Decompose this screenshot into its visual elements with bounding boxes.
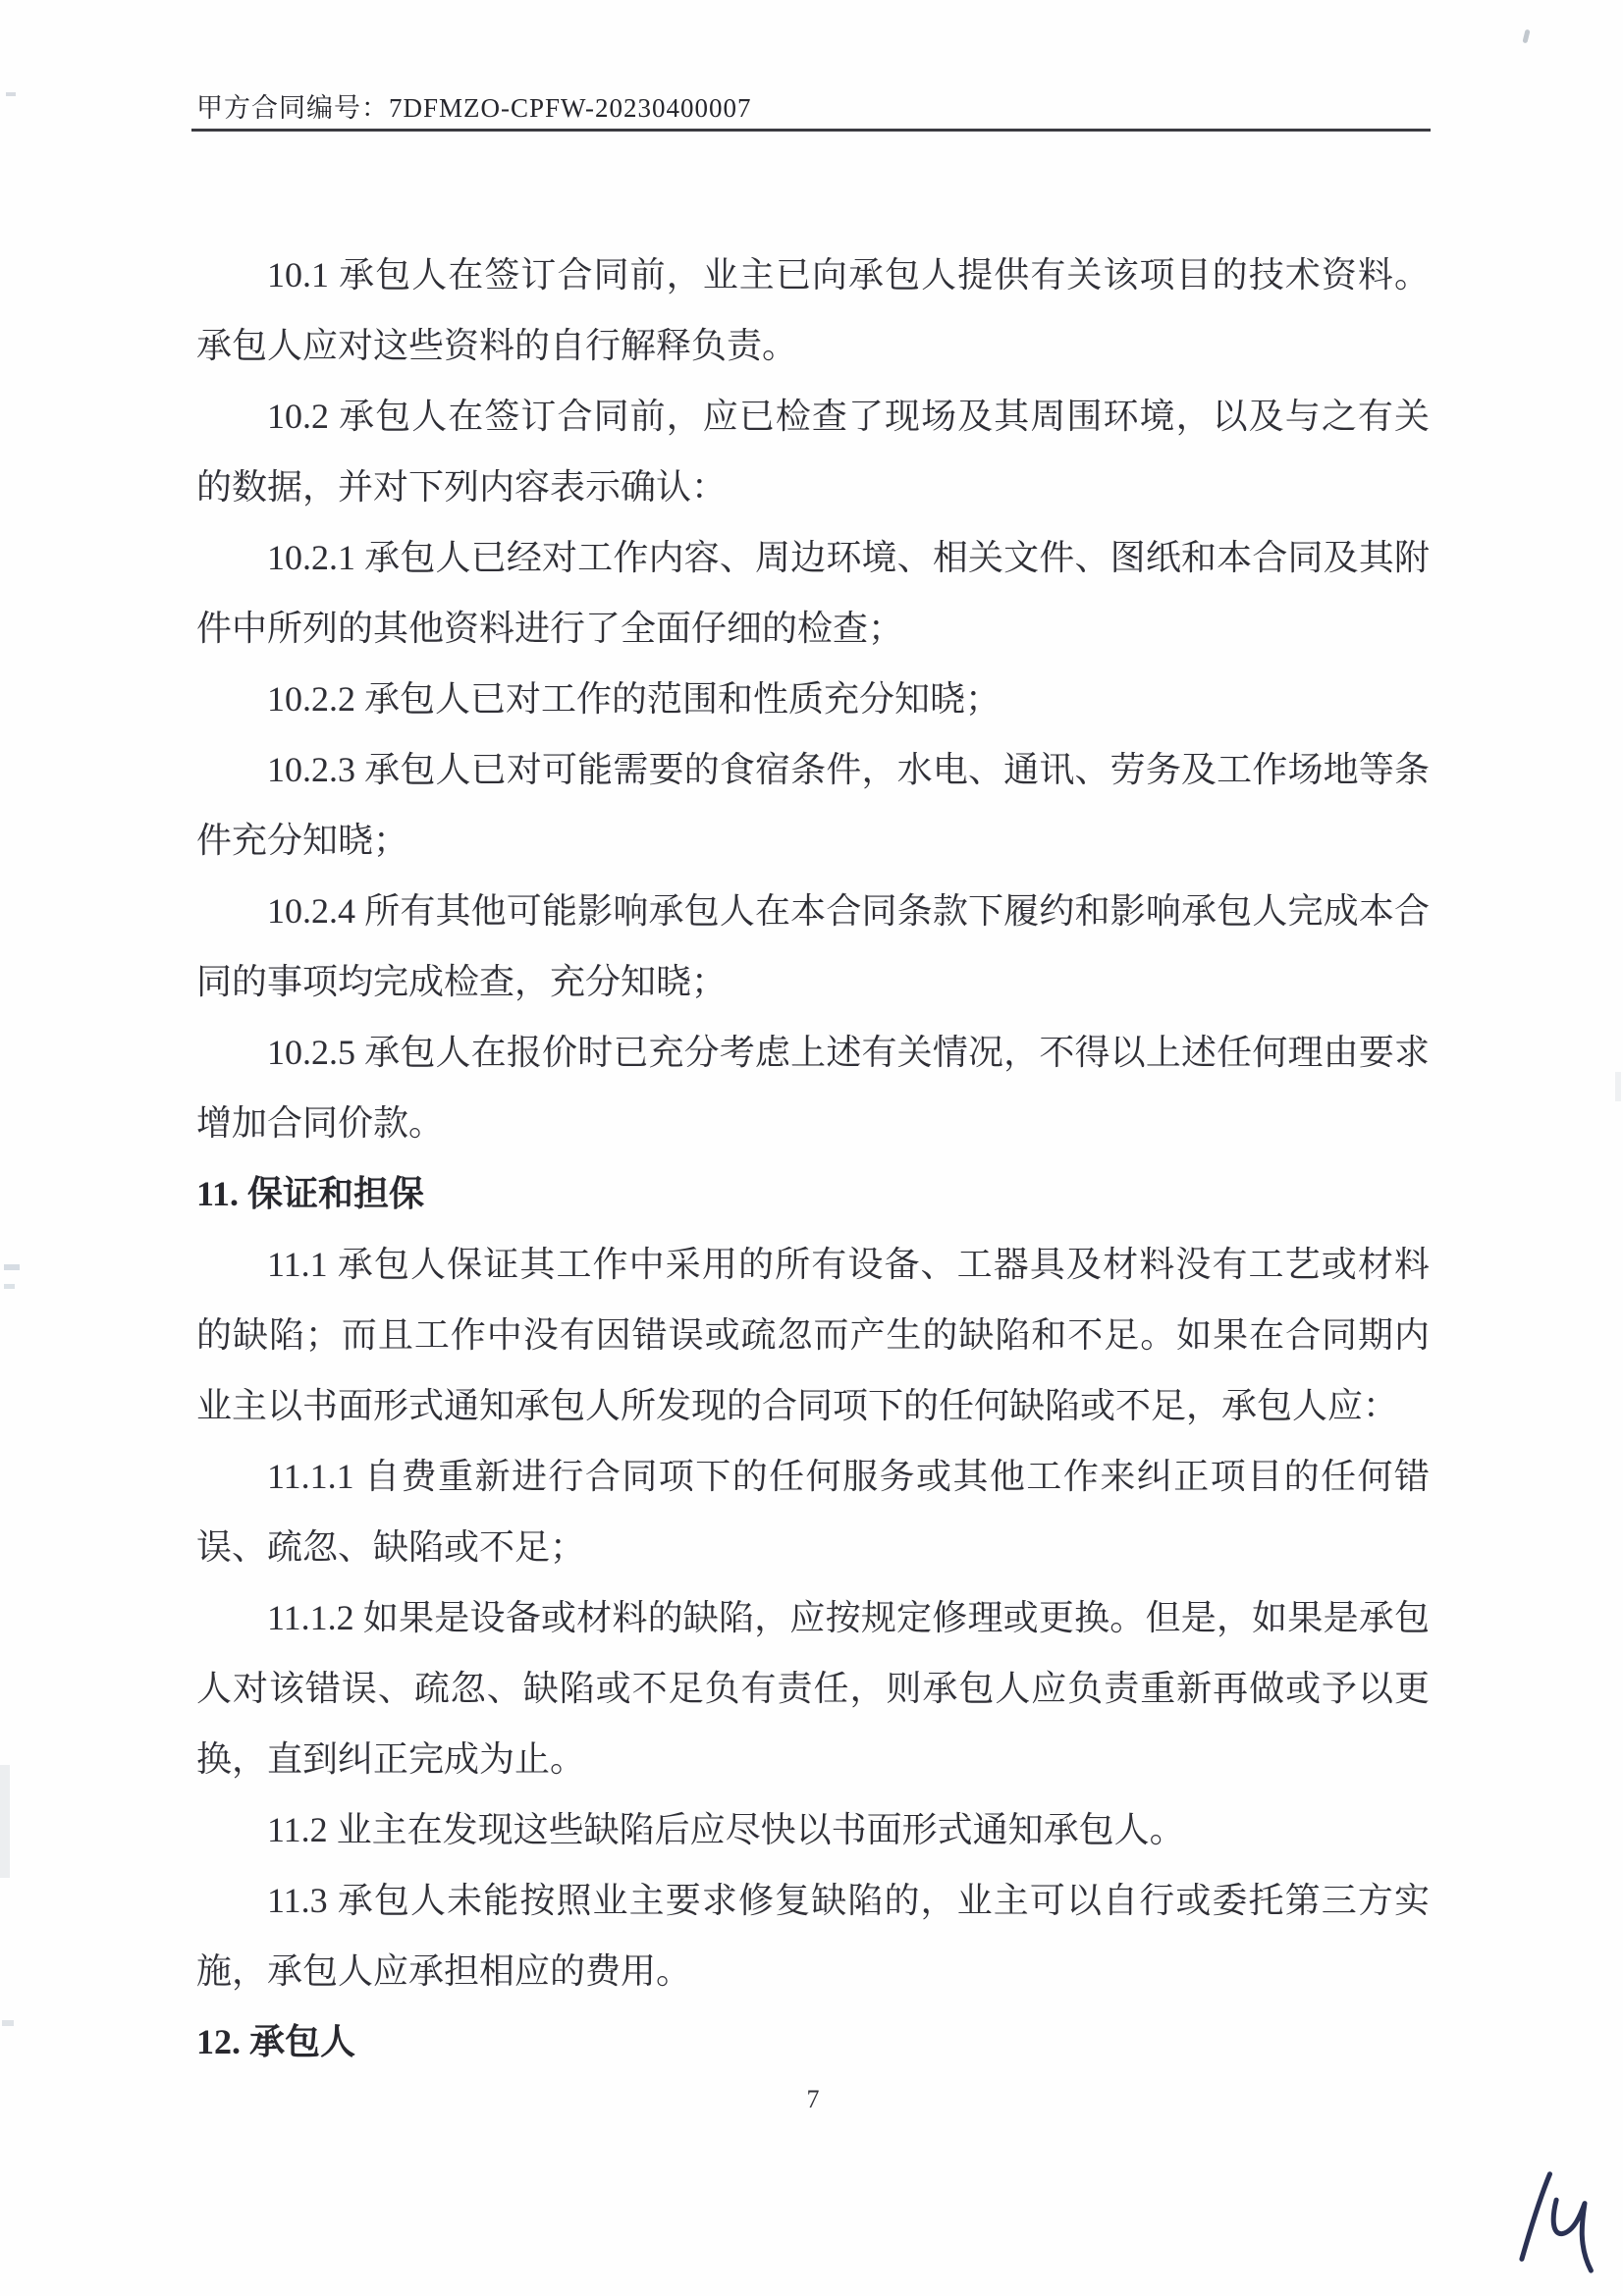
clause-11-1: 11.1 承包人保证其工作中采用的所有设备、工器具及材料没有工艺或材料的缺陷；而… — [196, 1229, 1430, 1441]
page-number: 7 — [196, 2085, 1430, 2114]
clause-10-1: 10.1 承包人在签订合同前，业主已向承包人提供有关该项目的技术资料。承包人应对… — [196, 240, 1430, 381]
contract-number-label: 甲方合同编号： — [196, 93, 389, 123]
clause-10-2-2: 10.2.2 承包人已对工作的范围和性质充分知晓； — [196, 664, 1430, 734]
clause-10-2-4: 10.2.4 所有其他可能影响承包人在本合同条款下履约和影响承包人完成本合同的事… — [196, 876, 1430, 1017]
clause-11-1-2: 11.1.2 如果是设备或材料的缺陷，应按规定修理或更换。但是，如果是承包人对该… — [196, 1582, 1430, 1794]
scan-artifact — [2, 2020, 14, 2026]
clause-10-2-5: 10.2.5 承包人在报价时已充分考虑上述有关情况，不得以上述任何理由要求增加合… — [196, 1017, 1430, 1158]
contract-number-header: 甲方合同编号：7DFMZO-CPFW-20230400007 — [196, 86, 1434, 125]
clause-10-2-3: 10.2.3 承包人已对可能需要的食宿条件，水电、通讯、劳务及工作场地等条件充分… — [196, 734, 1430, 876]
scan-artifact — [0, 1765, 10, 1878]
contract-number-value: 7DFMZO-CPFW-20230400007 — [389, 93, 752, 123]
clause-10-2: 10.2 承包人在签订合同前，应已检查了现场及其周围环境，以及与之有关的数据，并… — [196, 381, 1430, 522]
contract-page: 甲方合同编号：7DFMZO-CPFW-20230400007 10.1 承包人在… — [0, 0, 1623, 2296]
scan-artifact — [4, 1284, 15, 1289]
contract-body: 10.1 承包人在签订合同前，业主已向承包人提供有关该项目的技术资料。承包人应对… — [196, 240, 1430, 2077]
clause-11-1-1: 11.1.1 自费重新进行合同项下的任何服务或其他工作来纠正项目的任何错误、疏忽… — [196, 1441, 1430, 1582]
scan-artifact — [4, 1264, 20, 1270]
handwritten-mark-signature — [1491, 2162, 1615, 2280]
header-divider — [191, 129, 1431, 132]
scan-artifact — [1615, 1072, 1621, 1101]
clause-11-3: 11.3 承包人未能按照业主要求修复缺陷的，业主可以自行或委托第三方实施，承包人… — [196, 1865, 1430, 2006]
scan-artifact — [1522, 29, 1530, 44]
clause-10-2-1: 10.2.1 承包人已经对工作内容、周边环境、相关文件、图纸和本合同及其附件中所… — [196, 522, 1430, 664]
clause-11-2: 11.2 业主在发现这些缺陷后应尽快以书面形式通知承包人。 — [196, 1794, 1430, 1865]
section-heading-11: 11. 保证和担保 — [196, 1158, 1430, 1229]
section-heading-12: 12. 承包人 — [196, 2006, 1430, 2077]
scan-artifact — [6, 92, 16, 96]
